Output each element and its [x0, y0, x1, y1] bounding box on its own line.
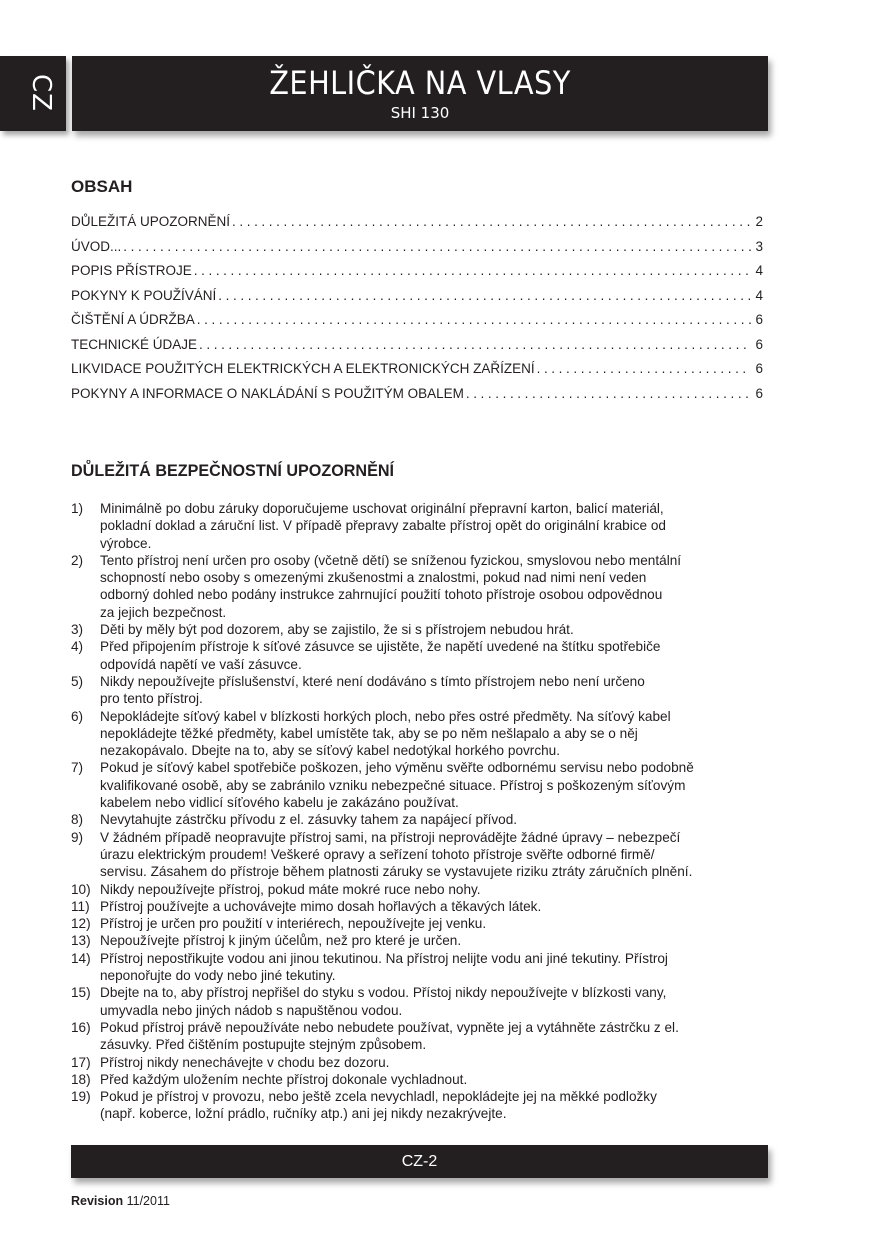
warning-item: 4)Před připojením přístroje k síťové zás…: [71, 638, 771, 673]
warning-text-line: Minimálně po dobu záruky doporučujeme us…: [100, 500, 771, 517]
warning-number: 8): [71, 811, 100, 828]
warning-number: 5): [71, 673, 100, 708]
warning-text-line: Pokud přístroj právě nepoužíváte nebo ne…: [100, 1019, 771, 1036]
toc-entry-label: POPIS PŘÍSTROJE: [71, 263, 192, 278]
warning-text-line: Nikdy nepoužívejte příslušenství, které …: [100, 673, 771, 690]
warning-text-line: servisu. Zásahem do přístroje během plat…: [100, 863, 771, 880]
warning-text-line: Pokud je síťový kabel spotřebiče poškoze…: [100, 759, 771, 776]
warning-text-line: Nepoužívejte přístroj k jiným účelům, ne…: [100, 932, 771, 949]
warning-text-line: umyvadla nebo jiných nádob s napuštěnou …: [100, 1002, 771, 1019]
toc-entry-label: POKYNY A INFORMACE O NAKLÁDÁNÍ S POUŽITÝ…: [71, 386, 464, 401]
warning-text: Nevytahujte zástrčku přívodu z el. zásuv…: [100, 811, 771, 828]
warning-number: 10): [71, 881, 100, 898]
warning-text-line: Přístroj používejte a uchovávejte mimo d…: [100, 898, 771, 915]
warning-text-line: Přístroj nepostřikujte vodou ani jinou t…: [100, 950, 771, 967]
toc-entry-label: ÚVOD...: [71, 239, 121, 254]
warning-text-line: Děti by měly být pod dozorem, aby se zaj…: [100, 621, 771, 638]
warning-item: 10)Nikdy nepoužívejte přístroj, pokud má…: [71, 881, 771, 898]
toc-dot-leader: ........................................…: [537, 361, 752, 376]
warning-text: Přístroj používejte a uchovávejte mimo d…: [100, 898, 771, 915]
revision-label: Revision: [71, 1194, 123, 1208]
warning-text-line: Nikdy nepoužívejte přístroj, pokud máte …: [100, 881, 771, 898]
language-code: CZ: [26, 74, 56, 112]
warning-text-line: pokladní doklad a záruční list. V případ…: [100, 517, 771, 534]
warning-number: 6): [71, 708, 100, 760]
warning-text-line: nezakopávalo. Dbejte na to, aby se síťov…: [100, 742, 771, 759]
warning-text: Nikdy nepoužívejte přístroj, pokud máte …: [100, 881, 771, 898]
warning-text: Nikdy nepoužívejte příslušenství, které …: [100, 673, 771, 708]
toc-dot-leader: ........................................…: [123, 239, 751, 254]
warning-number: 7): [71, 759, 100, 811]
warning-number: 2): [71, 552, 100, 621]
warning-text: Pokud je přístroj v provozu, nebo ještě …: [100, 1088, 771, 1123]
toc-dot-leader: ........................................…: [466, 386, 752, 401]
toc-heading: OBSAH: [71, 177, 132, 197]
warning-number: 1): [71, 500, 100, 552]
product-title: ŽEHLIČKA NA VLASY: [107, 64, 733, 102]
toc-dot-leader: ........................................…: [197, 312, 752, 327]
toc-entry-page: 6: [755, 386, 763, 401]
warning-text-line: úrazu elektrickým proudem! Veškeré oprav…: [100, 846, 771, 863]
toc-dot-leader: ........................................…: [232, 214, 751, 229]
toc-dot-leader: ........................................…: [199, 337, 751, 352]
warning-text-line: Dbejte na to, aby přístroj nepřišel do s…: [100, 984, 771, 1001]
warning-text-line: odpovídá napětí ve vaší zásuvce.: [100, 656, 771, 673]
warning-text-line: Přístroj je určen pro použití v interiér…: [100, 915, 771, 932]
warning-number: 19): [71, 1088, 100, 1123]
warning-text: Přístroj nepostřikujte vodou ani jinou t…: [100, 950, 771, 985]
toc-entry-page: 6: [755, 361, 763, 376]
warning-text-line: Před připojením přístroje k síťové zásuv…: [100, 638, 771, 655]
warning-number: 3): [71, 621, 100, 638]
warning-item: 19)Pokud je přístroj v provozu, nebo ješ…: [71, 1088, 771, 1123]
warning-text-line: Nepokládejte síťový kabel v blízkosti ho…: [100, 708, 771, 725]
warning-text: Pokud přístroj právě nepoužíváte nebo ne…: [100, 1019, 771, 1054]
warning-text-line: (např. koberce, ložní prádlo, ručníky at…: [100, 1105, 771, 1122]
toc-entry-label: ČIŠTĚNÍ A ÚDRŽBA: [71, 312, 195, 327]
toc-entry[interactable]: ČIŠTĚNÍ A ÚDRŽBA........................…: [71, 312, 763, 337]
warning-text: Před každým uložením nechte přístroj dok…: [100, 1071, 771, 1088]
toc-entry-page: 3: [755, 239, 763, 254]
toc-entry[interactable]: ÚVOD....................................…: [71, 239, 763, 264]
toc-entry[interactable]: DŮLEŽITÁ UPOZORNĚNÍ.....................…: [71, 214, 763, 239]
warning-text: Nepokládejte síťový kabel v blízkosti ho…: [100, 708, 771, 760]
toc-entry-page: 6: [755, 337, 763, 352]
warning-text: Nepoužívejte přístroj k jiným účelům, ne…: [100, 932, 771, 949]
warning-item: 11)Přístroj používejte a uchovávejte mim…: [71, 898, 771, 915]
warning-text: Minimálně po dobu záruky doporučujeme us…: [100, 500, 771, 552]
warning-text-line: kvalifikované osobě, aby se zabránilo vz…: [100, 777, 771, 794]
toc-entry[interactable]: POPIS PŘÍSTROJE.........................…: [71, 263, 763, 288]
warning-item: 12)Přístroj je určen pro použití v inter…: [71, 915, 771, 932]
warning-text: Přístroj nikdy nenechávejte v chodu bez …: [100, 1054, 771, 1071]
warning-number: 11): [71, 898, 100, 915]
warning-item: 3)Děti by měly být pod dozorem, aby se z…: [71, 621, 771, 638]
revision-info: Revision 11/2011: [71, 1194, 170, 1208]
warning-item: 5)Nikdy nepoužívejte příslušenství, kter…: [71, 673, 771, 708]
safety-warnings-heading: DŮLEŽITÁ BEZPEČNOSTNÍ UPOZORNĚNÍ: [71, 461, 394, 481]
warning-number: 14): [71, 950, 100, 985]
warning-text: Před připojením přístroje k síťové zásuv…: [100, 638, 771, 673]
warning-text-line: Tento přístroj není určen pro osoby (vče…: [100, 552, 771, 569]
warning-number: 15): [71, 984, 100, 1019]
toc-entry[interactable]: LIKVIDACE POUŽITÝCH ELEKTRICKÝCH A ELEKT…: [71, 361, 763, 386]
warning-text-line: Nevytahujte zástrčku přívodu z el. zásuv…: [100, 811, 771, 828]
warning-text: Pokud je síťový kabel spotřebiče poškoze…: [100, 759, 771, 811]
toc-entry-label: POKYNY K POUŽÍVÁNÍ: [71, 288, 216, 303]
warning-item: 7)Pokud je síťový kabel spotřebiče poško…: [71, 759, 771, 811]
warning-number: 9): [71, 829, 100, 881]
warning-text-line: pro tento přístroj.: [100, 690, 771, 707]
warning-item: 16)Pokud přístroj právě nepoužíváte nebo…: [71, 1019, 771, 1054]
toc-entry-page: 2: [755, 214, 763, 229]
warning-number: 4): [71, 638, 100, 673]
warning-text-line: výrobce.: [100, 535, 771, 552]
warning-item: 9)V žádném případě neopravujte přístroj …: [71, 829, 771, 881]
warning-item: 8)Nevytahujte zástrčku přívodu z el. zás…: [71, 811, 771, 828]
page-footer-bar: CZ-2: [71, 1145, 768, 1178]
warning-item: 18)Před každým uložením nechte přístroj …: [71, 1071, 771, 1088]
warning-item: 6)Nepokládejte síťový kabel v blízkosti …: [71, 708, 771, 760]
toc-entry-page: 4: [755, 288, 763, 303]
toc-dot-leader: ........................................…: [218, 288, 751, 303]
warning-item: 2)Tento přístroj není určen pro osoby (v…: [71, 552, 771, 621]
warning-text-line: schopností nebo osoby s omezenými zkušen…: [100, 569, 771, 586]
toc-entry-page: 4: [755, 263, 763, 278]
warning-text-line: odborný dohled nebo podány instrukce zah…: [100, 586, 771, 603]
warning-text: V žádném případě neopravujte přístroj sa…: [100, 829, 771, 881]
warning-number: 16): [71, 1019, 100, 1054]
warning-text: Děti by měly být pod dozorem, aby se zaj…: [100, 621, 771, 638]
warning-text: Dbejte na to, aby přístroj nepřišel do s…: [100, 984, 771, 1019]
warning-text-line: zásuvky. Před čištěním postupujte stejný…: [100, 1036, 771, 1053]
warning-item: 15)Dbejte na to, aby přístroj nepřišel d…: [71, 984, 771, 1019]
warning-text-line: Přístroj nikdy nenechávejte v chodu bez …: [100, 1054, 771, 1071]
toc-entry-label: DŮLEŽITÁ UPOZORNĚNÍ: [71, 214, 230, 229]
page-header: ŽEHLIČKA NA VLASY SHI 130: [72, 56, 768, 131]
toc-entry[interactable]: POKYNY A INFORMACE O NAKLÁDÁNÍ S POUŽITÝ…: [71, 386, 763, 411]
warning-text-line: kabelem nebo vidlicí síťového kabelu je …: [100, 794, 771, 811]
warning-item: 14)Přístroj nepostřikujte vodou ani jino…: [71, 950, 771, 985]
toc-entry[interactable]: TECHNICKÉ ÚDAJE.........................…: [71, 337, 763, 362]
warning-number: 13): [71, 932, 100, 949]
warning-text-line: Před každým uložením nechte přístroj dok…: [100, 1071, 771, 1088]
warning-item: 17)Přístroj nikdy nenechávejte v chodu b…: [71, 1054, 771, 1071]
warning-text-line: V žádném případě neopravujte přístroj sa…: [100, 829, 771, 846]
table-of-contents: DŮLEŽITÁ UPOZORNĚNÍ.....................…: [71, 214, 763, 410]
warning-item: 1)Minimálně po dobu záruky doporučujeme …: [71, 500, 771, 552]
revision-value: 11/2011: [127, 1194, 170, 1208]
safety-warnings-list: 1)Minimálně po dobu záruky doporučujeme …: [71, 500, 771, 1123]
warning-number: 17): [71, 1054, 100, 1071]
product-model: SHI 130: [72, 104, 768, 122]
warning-text-line: nepokládejte těžké předměty, kabel umíst…: [100, 725, 771, 742]
toc-entry[interactable]: POKYNY K POUŽÍVÁNÍ......................…: [71, 288, 763, 313]
warning-text: Přístroj je určen pro použití v interiér…: [100, 915, 771, 932]
warning-text-line: za jejich bezpečnost.: [100, 604, 771, 621]
language-tab: CZ: [0, 56, 66, 131]
page-number: CZ-2: [402, 1153, 438, 1170]
warning-item: 13)Nepoužívejte přístroj k jiným účelům,…: [71, 932, 771, 949]
warning-number: 12): [71, 915, 100, 932]
warning-text: Tento přístroj není určen pro osoby (vče…: [100, 552, 771, 621]
toc-entry-label: LIKVIDACE POUŽITÝCH ELEKTRICKÝCH A ELEKT…: [71, 361, 535, 376]
toc-entry-page: 6: [755, 312, 763, 327]
warning-text-line: Pokud je přístroj v provozu, nebo ještě …: [100, 1088, 771, 1105]
warning-text-line: neponořujte do vody nebo jiné tekutiny.: [100, 967, 771, 984]
warning-number: 18): [71, 1071, 100, 1088]
toc-dot-leader: ........................................…: [194, 263, 752, 278]
toc-entry-label: TECHNICKÉ ÚDAJE: [71, 337, 197, 352]
